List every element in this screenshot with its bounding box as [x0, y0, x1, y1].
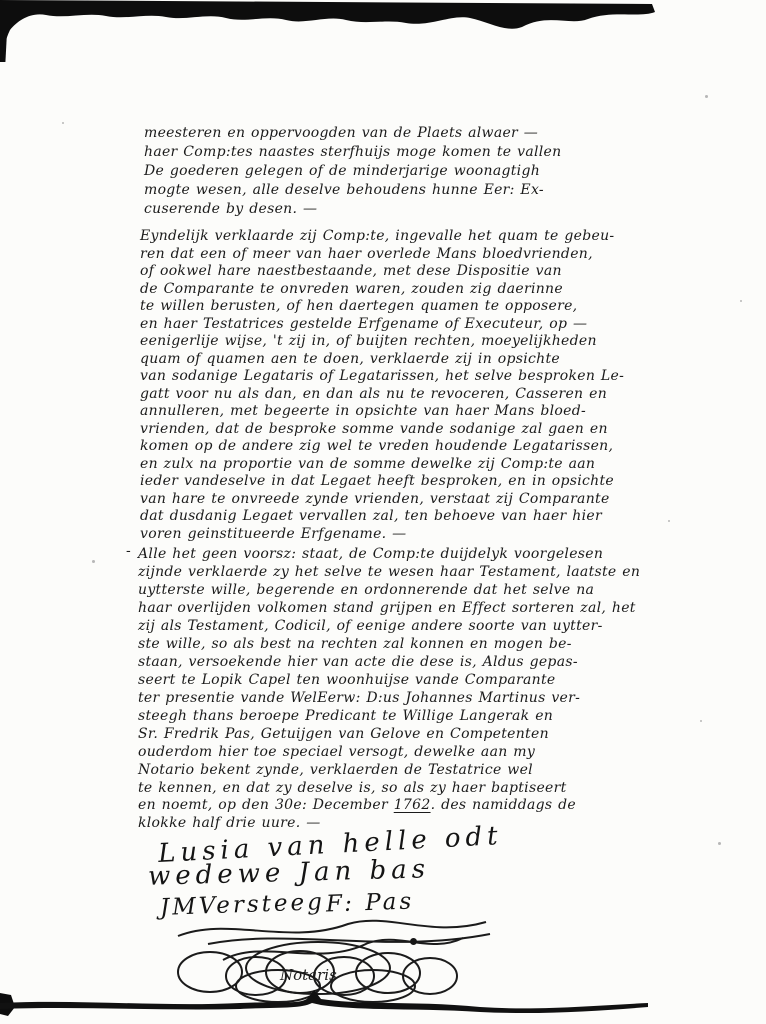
- text-line: eenigerlije wijse, 't zij in, of buijten…: [140, 333, 624, 351]
- text-line: ren dat een of meer van haer overlede Ma…: [140, 246, 624, 264]
- torn-paper-edge-bottom: [0, 985, 766, 1024]
- paragraph-closing-clause: Alle het geen voorsz: staat, de Comp:te …: [138, 545, 640, 797]
- text-line: van sodanige Legataris of Legatarissen, …: [140, 368, 624, 386]
- text-line: en zulx na proportie van de somme dewelk…: [140, 456, 624, 474]
- text-line: ieder vandeselve in dat Legaet heeft bes…: [140, 473, 624, 491]
- paper-speck: [62, 122, 64, 124]
- paragraph-revocation-clause: Eyndelijk verklaarde zij Comp:te, ingeva…: [140, 228, 624, 543]
- torn-paper-edge-top: [0, 0, 766, 62]
- underlined-year: 1762: [394, 797, 431, 813]
- scanned-document-page: meesteren en oppervoogden van de Plaets …: [0, 0, 766, 1024]
- text-line: De goederen gelegen of de minderjarige w…: [144, 162, 561, 181]
- text-line: haar overlijden volkomen stand grijpen e…: [138, 599, 640, 617]
- text-line: ouderdom hier toe speciael versogt, dewe…: [138, 743, 640, 761]
- text-line: voren geinstitueerde Erfgename. —: [140, 526, 624, 544]
- paragraph-guardians-clause: meesteren en oppervoogden van de Plaets …: [144, 124, 561, 219]
- text-line: komen op de andere zig wel te vreden hou…: [140, 438, 624, 456]
- text-line: seert te Lopik Capel ten woonhuijse vand…: [138, 671, 640, 689]
- closing-time-line: klokke half drie uure. —: [138, 815, 321, 831]
- text-line: of ookwel hare naestbestaande, met dese …: [140, 263, 624, 281]
- text-line: van hare te onvreede zynde vrienden, ver…: [140, 491, 624, 509]
- text-line: gatt voor nu als dan, en dan als nu te r…: [140, 386, 624, 404]
- paper-speck: [740, 300, 742, 302]
- text-line: haer Comp:tes naastes sterfhuijs moge ko…: [144, 143, 561, 162]
- ink-blot: [410, 938, 417, 945]
- text-line: steegh thans beroepe Predicant te Willig…: [138, 707, 640, 725]
- text-line: ste wille, so als best na rechten zal ko…: [138, 635, 640, 653]
- text-line: uytterste wille, begerende en ordonneren…: [138, 581, 640, 599]
- paper-speck: [668, 520, 670, 522]
- text-line: cuserende by desen. —: [144, 200, 561, 219]
- execution-date-line: en noemt, op den 30e: December 1762. des…: [138, 797, 576, 813]
- text-line: zijnde verklaerde zy het selve te wesen …: [138, 563, 640, 581]
- paper-speck: [700, 720, 702, 722]
- text-line: dat dusdanig Legaet vervallen zal, ten b…: [140, 508, 624, 526]
- margin-dash: -: [126, 543, 131, 559]
- paper-speck: [92, 560, 95, 563]
- text-line: mogte wesen, alle deselve behoudens hunn…: [144, 181, 561, 200]
- text-line: de Comparante te onvreden waren, zouden …: [140, 281, 624, 299]
- date-line-suffix: . des namiddags de: [431, 797, 576, 813]
- text-line: te kennen, en dat zy deselve is, so als …: [138, 779, 640, 797]
- testatrix-signature-line2: wedewe Jan bas: [148, 854, 431, 891]
- text-line: en haer Testatrices gestelde Erfgename o…: [140, 316, 624, 334]
- text-line: Eyndelijk verklaarde zij Comp:te, ingeva…: [140, 228, 624, 246]
- text-line: vrienden, dat de besproke somme vande so…: [140, 421, 624, 439]
- text-line: Notario bekent zynde, verklaerden de Tes…: [138, 761, 640, 779]
- text-line: Sr. Fredrik Pas, Getuijgen van Gelove en…: [138, 725, 640, 743]
- date-line-prefix: en noemt, op den 30e: December: [138, 797, 394, 813]
- text-line: quam of quamen aen te doen, verklaerde z…: [140, 351, 624, 369]
- text-line: staan, versoekende hier van acte die des…: [138, 653, 640, 671]
- notary-flourish-text: Notaris: [279, 966, 337, 984]
- text-line: meesteren en oppervoogden van de Plaets …: [144, 124, 561, 143]
- text-line: ter presentie vande WelEerw: D:us Johann…: [138, 689, 640, 707]
- text-line: te willen berusten, of hen daertegen qua…: [140, 298, 624, 316]
- text-line: Alle het geen voorsz: staat, de Comp:te …: [138, 545, 640, 563]
- text-line: annulleren, met begeerte in opsichte van…: [140, 403, 624, 421]
- paper-speck: [705, 95, 708, 98]
- paper-speck: [718, 842, 721, 845]
- text-line: zij als Testament, Codicil, of eenige an…: [138, 617, 640, 635]
